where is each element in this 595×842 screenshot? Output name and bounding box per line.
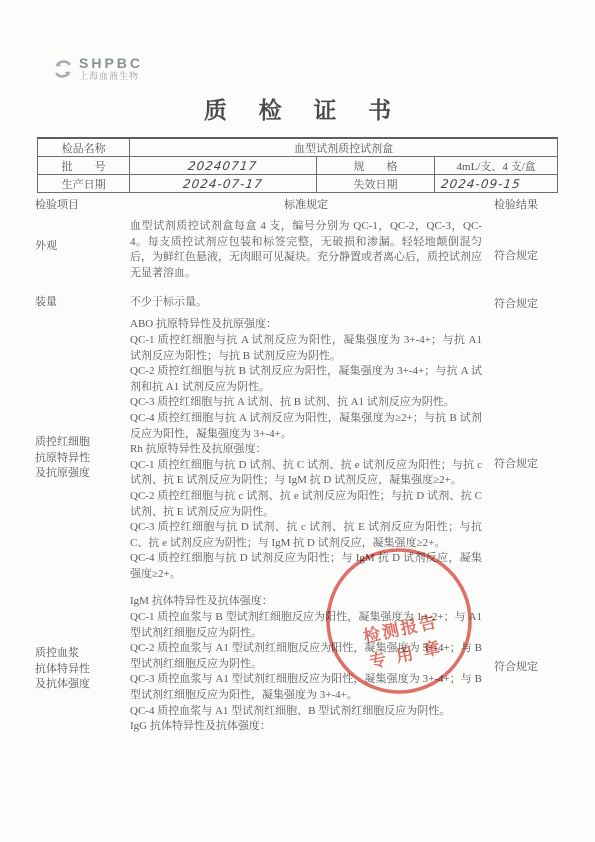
swirl-logo-icon [52, 58, 74, 80]
text-line: QC-1 质控血浆与 B 型试剂红细胞反应为阳性，凝集强度为 1+-2+；与 A… [130, 610, 482, 641]
text-line: Rh 抗原特异性及抗原强度： [130, 442, 482, 458]
text-line: 及抗原强度 [35, 466, 130, 482]
batch-label: 批 号 [38, 157, 130, 175]
expiry-value: 2024-09-15 [435, 175, 558, 193]
text-line: IgG 抗体特异性及抗体强度： [130, 719, 482, 735]
logo-acronym: SHPBC [79, 56, 143, 71]
section-result: 符合规定 [482, 219, 567, 281]
logo-company-name: 上海血液生物 [79, 71, 143, 82]
text-line: QC-3 质控红细胞与抗 D 试剂、抗 c 试剂、抗 E 试剂反应为阳性；与抗 … [130, 520, 482, 551]
section-result: 符合规定 [482, 295, 567, 311]
prod-date-label: 生产日期 [38, 175, 130, 193]
expiry-label: 失效日期 [316, 175, 434, 193]
text-line: 血型试剂质控试剂盒每盒 4 支，编号分别为 QC-1，QC-2，QC-3，QC-… [130, 219, 482, 281]
section-standard-text: ABO 抗原特异性及抗原强度：QC-1 质控红细胞与抗 A 试剂反应为阳性，凝集… [130, 317, 482, 582]
section-standard-text: 不少于标示量。 [130, 295, 482, 311]
section-standard-text: 血型试剂质控试剂盒每盒 4 支，编号分别为 QC-1，QC-2，QC-3，QC-… [130, 219, 482, 281]
prod-date-handwriting: 2024-07-17 [182, 177, 263, 191]
inspection-header-row: 检验项目 标准规定 检验结果 [35, 196, 567, 212]
prod-date-value: 2024-07-17 [130, 175, 317, 193]
section-item-label: 质控血浆抗体特异性及抗体强度 [35, 594, 130, 734]
section-standard-text: IgM 抗体特异性及抗体强度：QC-1 质控血浆与 B 型试剂红细胞反应为阳性，… [130, 594, 482, 734]
text-line: ABO 抗原特异性及抗原强度： [130, 317, 482, 333]
section-result: 符合规定 [482, 594, 567, 734]
text-line: QC-4 质控血浆与 A1 型试剂红细胞、B 型试剂红细胞反应为阴性。 [130, 704, 482, 720]
document-title: 质 检 证 书 [0, 92, 595, 125]
info-row-name: 检品名称 血型试剂质控试剂盒 [38, 138, 558, 157]
text-line: QC-2 质控血浆与 A1 型试剂红细胞反应为阳性，凝集强度为 3+-4+；与 … [130, 641, 482, 672]
section-fill-volume: 装量 不少于标示量。 符合规定 [35, 295, 567, 311]
batch-handwriting: 20240717 [188, 159, 259, 173]
section-item-label: 质控红细胞抗原特异性及抗原强度 [35, 317, 130, 582]
logo-text: SHPBC 上海血液生物 [79, 56, 143, 82]
text-line: 外观 [35, 239, 130, 255]
company-logo: SHPBC 上海血液生物 [52, 56, 143, 82]
spec-label: 规 格 [316, 157, 434, 175]
section-rbc-antigen: 质控红细胞抗原特异性及抗原强度 ABO 抗原特异性及抗原强度：QC-1 质控红细… [35, 317, 567, 582]
expiry-handwriting: 2024-09-15 [440, 177, 521, 191]
product-info-table: 检品名称 血型试剂质控试剂盒 批 号 20240717 规 格 4mL/支、4 … [37, 137, 558, 193]
col-header-standard: 标准规定 [130, 196, 482, 212]
text-line: QC-4 质控红细胞与抗 D 试剂反应为阳性；与 IgM 抗 D 试剂反应，凝集… [130, 551, 482, 582]
section-appearance: 外观 血型试剂质控试剂盒每盒 4 支，编号分别为 QC-1，QC-2，QC-3，… [35, 219, 567, 281]
col-header-result: 检验结果 [482, 196, 567, 212]
certificate-page: SHPBC 上海血液生物 质 检 证 书 检品名称 血型试剂质控试剂盒 批 号 … [0, 0, 595, 842]
section-item-label: 装量 [35, 295, 130, 311]
item-name-label: 检品名称 [38, 138, 130, 157]
col-header-item: 检验项目 [35, 196, 130, 212]
text-line: 装量 [35, 295, 130, 311]
text-line: 及抗体强度 [35, 677, 130, 693]
text-line: QC-2 质控红细胞与抗 c 试剂、抗 e 试剂反应为阳性；与抗 D 试剂、抗 … [130, 489, 482, 520]
info-row-batch-spec: 批 号 20240717 规 格 4mL/支、4 支/盒 [38, 157, 558, 175]
text-line: QC-1 质控红细胞与抗 A 试剂反应为阳性，凝集强度为 3+-4+；与抗 A1… [130, 333, 482, 364]
text-line: 抗体特异性 [35, 662, 130, 678]
section-item-label: 外观 [35, 219, 130, 281]
text-line: QC-2 质控红细胞与抗 B 试剂反应为阳性，凝集强度为 3+-4+；与抗 A … [130, 364, 482, 395]
inspection-table: 检验项目 标准规定 检验结果 外观 血型试剂质控试剂盒每盒 4 支，编号分别为 … [35, 196, 567, 735]
info-row-dates: 生产日期 2024-07-17 失效日期 2024-09-15 [38, 175, 558, 193]
spec-value: 4mL/支、4 支/盒 [435, 157, 558, 175]
text-line: 抗原特异性 [35, 451, 130, 467]
text-line: 质控红细胞 [35, 435, 130, 451]
text-line: QC-3 质控血浆与 A1 型试剂红细胞反应为阳性，凝集强度为 3+-4+；与 … [130, 672, 482, 703]
item-name-value: 血型试剂质控试剂盒 [130, 138, 558, 157]
text-line: QC-3 质控红细胞与抗 A 试剂、抗 B 试剂、抗 A1 试剂反应为阴性。 [130, 395, 482, 411]
text-line: 质控血浆 [35, 646, 130, 662]
text-line: QC-4 质控红细胞与抗 A 试剂反应为阳性，凝集强度为≥2+；与抗 B 试剂反… [130, 411, 482, 442]
section-result: 符合规定 [482, 317, 567, 582]
section-plasma-antibody: 质控血浆抗体特异性及抗体强度 IgM 抗体特异性及抗体强度：QC-1 质控血浆与… [35, 594, 567, 734]
text-line: QC-1 质控红细胞与抗 D 试剂、抗 C 试剂、抗 e 试剂反应为阳性；与抗 … [130, 458, 482, 489]
batch-value: 20240717 [130, 157, 317, 175]
text-line: IgM 抗体特异性及抗体强度： [130, 594, 482, 610]
text-line: 不少于标示量。 [130, 295, 482, 311]
